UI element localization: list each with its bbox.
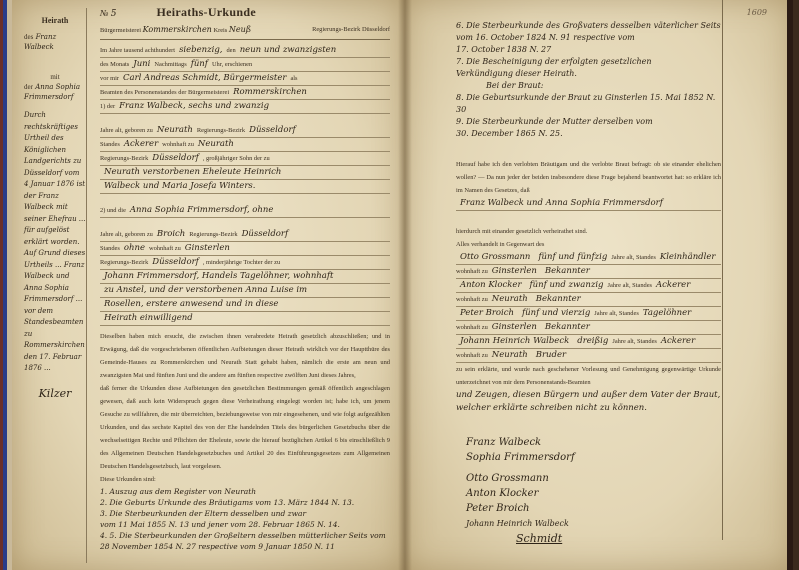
form-line: Neurath verstorbenen Eheleute Heinrich (100, 166, 390, 180)
signature-witness-2: Anton Klocker (466, 486, 721, 501)
form-line: Jahre alt, geboren zuNeurathRegierungs-B… (100, 124, 390, 138)
book-gutter (398, 0, 412, 570)
certificate-title: Heiraths-Urkunde (156, 6, 255, 19)
left-page: Heirath des Franz Walbeck mit der Anna S… (12, 0, 404, 570)
witness-1: Otto Grossmannfünf und fünfzigJahre alt,… (456, 251, 721, 265)
form-line: vor mirCarl Andreas Schmidt, Bürgermeist… (100, 72, 390, 86)
margin-signature: Kilzer (24, 389, 86, 399)
continued-documents: 6. Die Sterbeurkunde des Großvaters dess… (456, 20, 721, 140)
form-line: Regierungs-BezirkDüsseldorf, großjährige… (100, 152, 390, 166)
right-page: 1609 6. Die Sterbeurkunde des Großvaters… (404, 0, 793, 570)
form-line: des MonatsJuniNachmittagsfünfUhr, erschi… (100, 58, 390, 72)
form-line: Rosellen, erstere anwesend und in diese (100, 298, 390, 312)
form-line: StandesAckererwohnhaft zuNeurath (100, 138, 390, 152)
legal-text: Dieselben haben mich ersucht, die zwisch… (100, 330, 390, 552)
signature-witness-1: Otto Grossmann (466, 471, 721, 486)
form-line: Im Jahre tausend achthundertsiebenzig,de… (100, 44, 390, 58)
closing-handwritten: und Zeugen, diesen Bürgern und außer dem… (456, 389, 721, 415)
paragraph-proclamation: Dieselben haben mich ersucht, die zwisch… (100, 330, 390, 382)
form-line: Heirath einwilligend (100, 312, 390, 326)
form-line: Regierungs-BezirkDüsseldorf, minderjähri… (100, 256, 390, 270)
margin-column: Heirath des Franz Walbeck mit der Anna S… (24, 8, 87, 563)
witness-1-residence: wohnhaft zuGinsterlenBekannter (456, 265, 721, 279)
title-row: № 5 Heiraths-Urkunde (100, 6, 390, 21)
signature-block: Franz Walbeck Sophia Frimmersdorf Otto G… (456, 435, 721, 546)
form-line: Beamten des Personenstandes der Bürgerme… (100, 86, 390, 100)
form-line: Johann Frimmersdorf, Handels Tagelöhner,… (100, 270, 390, 284)
witness-intro: Alles verhandelt in Gegenwart des (456, 238, 721, 251)
margin-annotation: Durch rechtskräftiges Urtheil des Königl… (24, 110, 86, 375)
margin-bride: der Anna Sophia Frimmersdorf (24, 82, 86, 102)
folio-number: 1609 (747, 8, 767, 17)
question-text: Hierauf habe ich den verlobten Bräutigam… (456, 158, 721, 197)
witness-2-residence: wohnhaft zuNeurathBekannter (456, 293, 721, 307)
open-register-book: Heirath des Franz Walbeck mit der Anna S… (12, 0, 793, 570)
couple-line: Franz Walbeck und Anna Sophia Frimmersdo… (456, 197, 721, 211)
certificate-number: № 5 (100, 7, 116, 21)
margin-bride-name: Anna Sophia Frimmersdorf (24, 83, 80, 101)
signature-bride: Sophia Frimmersdorf (466, 450, 721, 465)
certificate-form: № 5 Heiraths-Urkunde Bürgermeisterei Kom… (100, 6, 390, 552)
witness-4-residence: wohnhaft zuNeurathBruder (456, 349, 721, 363)
bride-line: 2) und dieAnna Sophia Frimmersdorf, ohne (100, 204, 390, 218)
signature-witness-3: Peter Broich (466, 501, 721, 516)
form-line: Jahre alt, geboren zuBroichRegierungs-Be… (100, 228, 390, 242)
witness-3: Peter Broichfünf und vierzigJahre alt, S… (456, 307, 721, 321)
margin-heading: Heirath (24, 16, 86, 26)
book-cover-edge (787, 0, 793, 570)
form-line: zu Anstel, und der verstorbenen Anna Lui… (100, 284, 390, 298)
margin-groom: des Franz Walbeck (24, 32, 86, 52)
book-spine-edge (0, 0, 12, 570)
joined-text: hierdurch mit einander gesetzlich verhei… (456, 225, 721, 238)
signature-registrar: Schmidt (516, 531, 721, 546)
right-form: 6. Die Sterbeurkunde des Großvaters dess… (456, 20, 721, 546)
witness-3-residence: wohnhaft zuGinsterlenBekannter (456, 321, 721, 335)
registry-line: Bürgermeisterei Kommerskirchen Kreis Neu… (100, 23, 390, 40)
form-line: Walbeck und Maria Josefa Winters. (100, 180, 390, 194)
form-line: Standesohnewohnhaft zuGinsterlen (100, 242, 390, 256)
documents-label: Diese Urkunden sind: (100, 473, 390, 486)
witness-4: Johann Heinrich WalbeckdreißigJahre alt,… (456, 335, 721, 349)
margin-and: mit (24, 72, 86, 82)
documents-list: 1. Auszug aus dem Register von Neurath 2… (100, 486, 390, 552)
signature-witness-4: Johann Heinrich Walbeck (466, 516, 721, 531)
closing-text: zu sein erklärte, und wurde nach gescheh… (456, 363, 721, 389)
page-rule (722, 0, 723, 540)
witness-2: Anton Klockerfünf und zwanzigJahre alt, … (456, 279, 721, 293)
signature-groom: Franz Walbeck (466, 435, 721, 450)
groom-line: 1) derFranz Walbeck, sechs und zwanzig (100, 100, 390, 114)
paragraph-law: daß ferner die Urkunden diese Aufbietung… (100, 382, 390, 473)
